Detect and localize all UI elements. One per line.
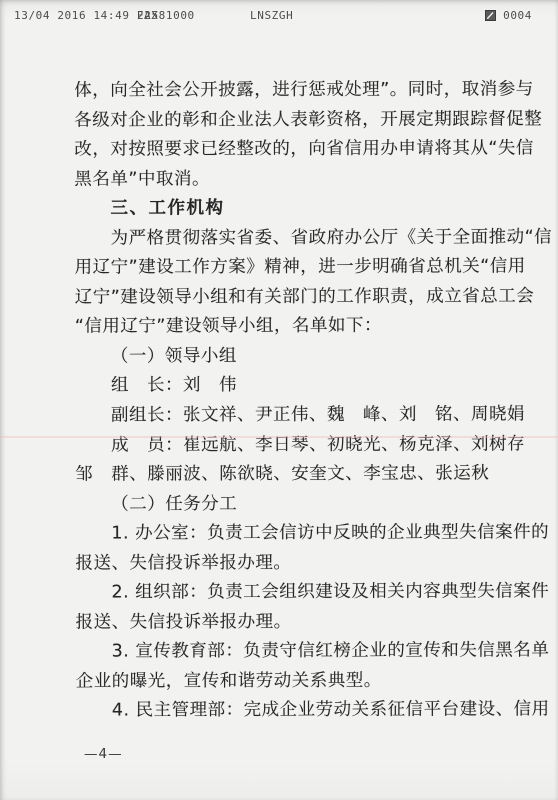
text-line-leader: 组 长：刘 伟 [75, 371, 508, 402]
fax-page-counter: 0004 [503, 9, 532, 22]
subsection-heading: （一）领导小组 [75, 341, 508, 372]
text-line-members: 邹 群、滕丽波、陈欲晓、安奎文、李宝忠、张运秋 [75, 460, 508, 491]
page-note-icon [485, 10, 496, 21]
text-line: 4. 民主管理部：完成企业劳动关系征信平台建设、信用 [76, 696, 509, 727]
text-line: 报送、失信投诉举报办理。 [76, 607, 509, 638]
text-line: 黑名单”中取消。 [74, 164, 507, 195]
scanner-artifact-line [0, 436, 558, 438]
text-line: “信用辽宁”建设领导小组，名单如下： [75, 312, 508, 343]
text-line: 体，向全社会公开披露，进行惩戒处理”。同时，取消参与 [74, 75, 507, 106]
section-heading: 三、工作机构 [74, 194, 507, 225]
text-line: 2. 组织部：负责工会组织建设及相关内容典型失信案件 [75, 578, 508, 609]
scanned-fax-page: 13/04 2016 14:49 FAX 22581000 LNSZGH 000… [0, 0, 558, 800]
document-text-block: 体，向全社会公开披露，进行惩戒处理”。同时，取消参与 各级对企业的彰和企业法人表… [74, 75, 509, 726]
text-line: 企业的曝光，宣传和谐劳动关系典型。 [76, 666, 509, 697]
text-line-deputy-leaders: 副组长：张文祥、尹正伟、魏 峰、刘 铭、周晓娟 [75, 400, 508, 431]
page-number: —4— [84, 746, 123, 762]
fax-sender-id: LNSZGH [250, 9, 293, 22]
text-line: 为严格贯彻落实省委、省政府办公厅《关于全面推动“信 [75, 223, 508, 254]
text-line: 各级对企业的彰和企业法人表彰资格，开展定期跟踪督促整 [74, 105, 507, 136]
fax-transmission-header: 13/04 2016 14:49 FAX 22581000 LNSZGH 000… [0, 9, 558, 25]
text-line: 用辽宁”建设工作方案》精神，进一步明确省总机关“信用 [75, 253, 508, 284]
subsection-heading: （二）任务分工 [75, 489, 508, 520]
text-line: 1. 办公室：负责工会信访中反映的企业典型失信案件的 [75, 519, 508, 550]
text-line: 报送、失信投诉举报办理。 [75, 548, 508, 579]
text-line: 3. 宣传教育部：负责守信红榜企业的宣传和失信黑名单 [76, 637, 509, 668]
fax-number: 22581000 [137, 9, 195, 22]
text-line: 改，对按照要求已经整改的，向省信用办申请将其从“失信 [74, 135, 507, 166]
fax-page-counter-group: 0004 [485, 9, 532, 22]
text-line-members: 成 员：崔远航、李日琴、初晓光、杨克泽、刘树存 [75, 430, 508, 461]
text-line: 辽宁”建设领导小组和有关部门的工作职责，成立省总工会 [75, 282, 508, 313]
